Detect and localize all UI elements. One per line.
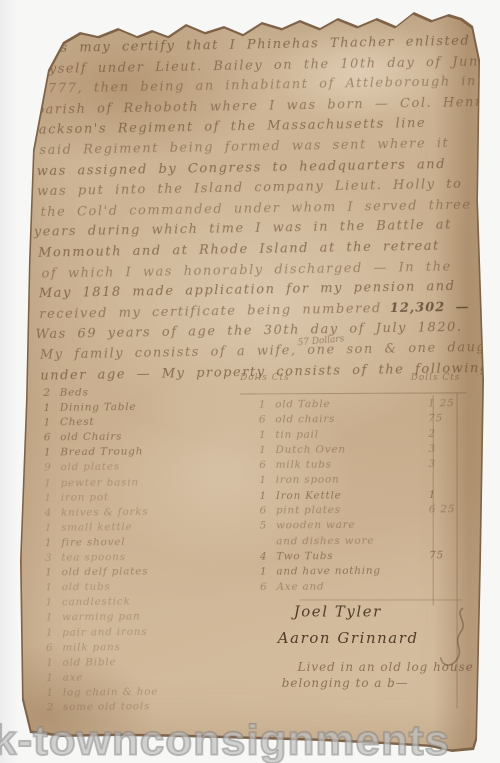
inventory-left-column: 2Beds1Dining Table1Chest6old Chairs1Brea… — [36, 385, 238, 717]
closing-note-line-1: Lived in an old log house — [298, 660, 477, 674]
manuscript-paragraph: This may certify that I Phinehas Thacher… — [34, 32, 471, 387]
amount-header-right: Dolls Cts — [411, 373, 461, 383]
inventory-row: 1iron spoon — [252, 473, 467, 490]
inventory-row: 1and have nothing — [252, 564, 467, 581]
inventory-right-column: 1old Table1 256old chairs751tin pail21Du… — [251, 397, 467, 596]
watermark-text: k-townconsignments — [0, 717, 500, 763]
inventory-row: 4Two Tubs75 — [252, 549, 467, 566]
inventory-row: 2some old tools — [39, 700, 238, 717]
amount-header-left: Dolls Cts — [240, 373, 290, 383]
inventory-row: 1old Table1 25 — [251, 397, 466, 414]
inventory-row: 5wooden ware — [252, 519, 467, 536]
closing-note-line-2: belonging to a b— — [282, 676, 477, 690]
inventory-row: and dishes wore — [252, 534, 467, 551]
inventory-row: 6Axe and — [253, 579, 468, 596]
manuscript-paper: This may certify that I Phinehas Thacher… — [2, 3, 499, 761]
inventory-row: 1Dutch Oven3 — [252, 443, 467, 460]
inventory-row: 6pint plates6 25 — [252, 503, 467, 520]
ruled-line-horizontal-signature — [300, 599, 463, 600]
amount-column-headers: Dolls Cts Dolls Cts — [240, 373, 460, 383]
closing-block: Joel Tyler Aaron Grinnard Lived in an ol… — [278, 602, 477, 689]
inventory-row: 6milk tubs3 — [252, 458, 467, 475]
inventory-row: 1tin pail2 — [252, 428, 467, 445]
inventory-row: 6old chairs75 — [251, 412, 466, 429]
inventory-row: 1Iron Kettle1 — [252, 488, 467, 505]
photo-background: This may certify that I Phinehas Thacher… — [0, 0, 500, 763]
